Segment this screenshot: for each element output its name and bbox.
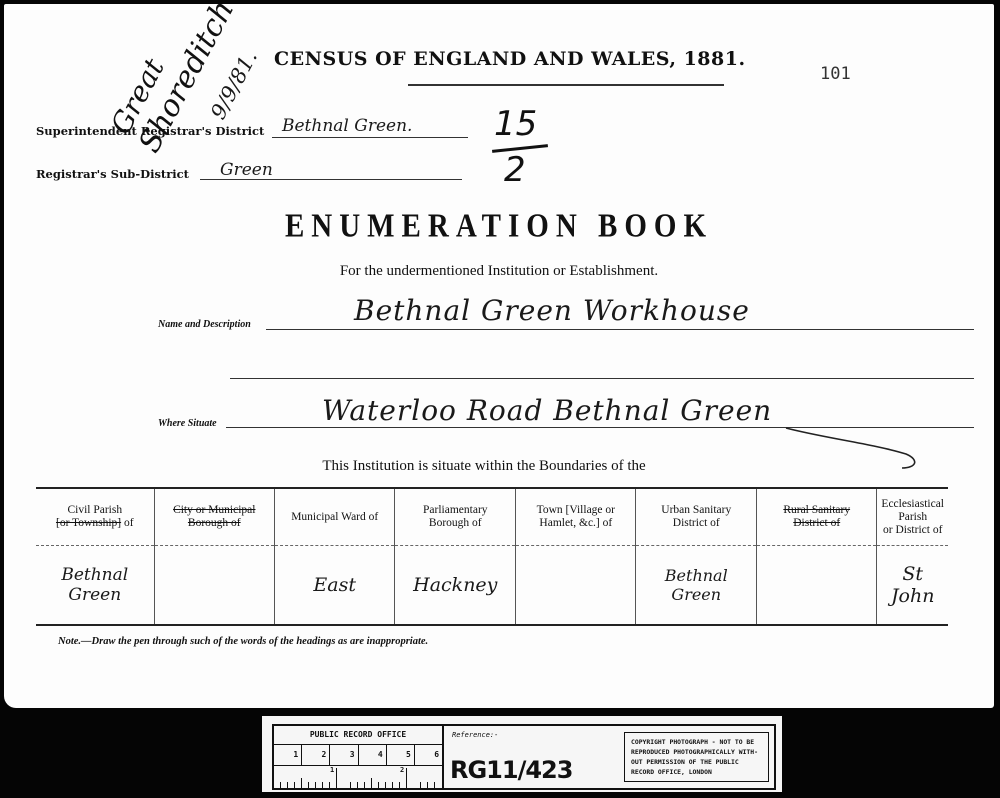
cell-urban-sanitary: Bethnal Green: [636, 546, 757, 626]
reference-code: RG11/423: [450, 756, 572, 784]
header-line: City or Municipal: [173, 504, 255, 516]
copyright-line: RECORD OFFICE, LONDON: [631, 767, 762, 777]
name-description-label: Name and Description: [158, 319, 251, 330]
cell-municipal-ward: East: [275, 546, 395, 626]
header-line: District of: [793, 517, 840, 529]
pro-number: 5: [387, 745, 415, 765]
header-line: Borough of: [429, 517, 482, 529]
cell-city-borough: [154, 546, 274, 626]
superintendent-district-value: Bethnal Green.: [282, 116, 412, 136]
copyright-notice: COPYRIGHT PHOTOGRAPH - NOT TO BE REPRODU…: [624, 732, 769, 782]
pro-number: 2: [302, 745, 330, 765]
pro-number: 1: [274, 745, 302, 765]
census-title: CENSUS OF ENGLAND AND WALES, 1881.: [274, 48, 746, 70]
cell-civil-parish: Bethnal Green: [36, 546, 154, 626]
boundaries-table: Civil Parish [or Township] of City or Mu…: [36, 487, 948, 626]
col-town-village: Town [Village or Hamlet, &c.] of: [516, 488, 636, 546]
census-page: Great Shoreditch 9/9/81. CENSUS OF ENGLA…: [4, 4, 994, 708]
title-underline: [408, 84, 724, 86]
cell-parliamentary-borough: Hackney: [395, 546, 516, 626]
header-line: District of: [673, 517, 720, 529]
table-row: Bethnal Green East Hackney Bethnal Green…: [36, 546, 948, 626]
copyright-line: OUT PERMISSION OF THE PUBLIC: [631, 757, 762, 767]
fraction-bottom: 2: [504, 150, 526, 190]
pro-number: 3: [330, 745, 358, 765]
col-civil-parish: Civil Parish [or Township] of: [36, 488, 154, 546]
subdistrict-label: Registrar's Sub-District: [36, 167, 189, 181]
header-line: Civil Parish: [67, 504, 122, 516]
col-municipal-ward: Municipal Ward of: [275, 488, 395, 546]
header-line: Town [Village or: [537, 504, 615, 516]
header-line: or District of: [883, 524, 942, 536]
reference-label: Reference:-: [452, 731, 498, 739]
pro-number: 4: [359, 745, 387, 765]
where-situate-value: Waterloo Road Bethnal Green: [322, 394, 772, 427]
subdistrict-value: Green: [220, 160, 273, 180]
header-struck: [or Township]: [56, 517, 121, 529]
col-ecclesiastical-parish: Ecclesiastical Parish or District of: [877, 488, 948, 546]
header-line: of: [121, 517, 133, 529]
stamp-frame: PUBLIC RECORD OFFICE 1 2 3 4 5 6 1: [272, 724, 776, 790]
pro-box: PUBLIC RECORD OFFICE 1 2 3 4 5 6 1: [274, 726, 444, 788]
copyright-line: REPRODUCED PHOTOGRAPHICALLY WITH-: [631, 747, 762, 757]
pro-office-label: PUBLIC RECORD OFFICE: [274, 726, 442, 745]
note-text: Note.—Draw the pen through such of the w…: [58, 636, 428, 647]
superintendent-district-label: Superintendent Registrar's District: [36, 124, 264, 138]
within-boundaries-text: This Institution is situate within the B…: [4, 458, 994, 475]
cell-ecclesiastical-parish: St John: [877, 546, 948, 626]
ruler-mark: 2: [400, 766, 404, 774]
col-rural-sanitary: Rural Sanitary District of: [757, 488, 877, 546]
pro-reference-stamp: PUBLIC RECORD OFFICE 1 2 3 4 5 6 1: [262, 716, 782, 792]
table-header-row: Civil Parish [or Township] of City or Mu…: [36, 488, 948, 546]
ruler-mark: 1: [330, 766, 334, 774]
col-city-borough: City or Municipal Borough of: [154, 488, 274, 546]
copyright-line: COPYRIGHT PHOTOGRAPH - NOT TO BE: [631, 737, 762, 747]
enumeration-book-title: ENUMERATION BOOK: [4, 208, 994, 246]
folio-number: 101: [820, 64, 851, 84]
header-line: Ecclesiastical Parish: [881, 498, 944, 523]
col-parliamentary-borough: Parliamentary Borough of: [395, 488, 516, 546]
cell-town-village: [516, 546, 636, 626]
where-situate-label: Where Situate: [158, 418, 217, 429]
enumeration-subtitle: For the undermentioned Institution or Es…: [4, 263, 994, 280]
reference-area: Reference:- RG11/423: [444, 726, 616, 788]
col-urban-sanitary: Urban Sanitary District of: [636, 488, 757, 546]
header-line: Municipal Ward of: [291, 511, 378, 523]
header-line: Borough of: [188, 517, 241, 529]
header-line: Urban Sanitary: [661, 504, 731, 516]
fraction-top: 15: [494, 104, 537, 144]
pro-number-row: 1 2 3 4 5 6: [274, 745, 442, 766]
name-description-value: Bethnal Green Workhouse: [354, 294, 750, 327]
name-description-line-2: [230, 378, 974, 379]
pro-number: 6: [415, 745, 442, 765]
subdistrict-line: [200, 179, 462, 180]
header-line: Parliamentary: [423, 504, 488, 516]
cell-rural-sanitary: [757, 546, 877, 626]
ruler-scale: 1 2: [274, 766, 442, 788]
superintendent-district-line: [272, 137, 468, 138]
header-line: Hamlet, &c.] of: [539, 517, 612, 529]
name-description-line: [266, 329, 974, 330]
header-line: Rural Sanitary: [783, 504, 850, 516]
